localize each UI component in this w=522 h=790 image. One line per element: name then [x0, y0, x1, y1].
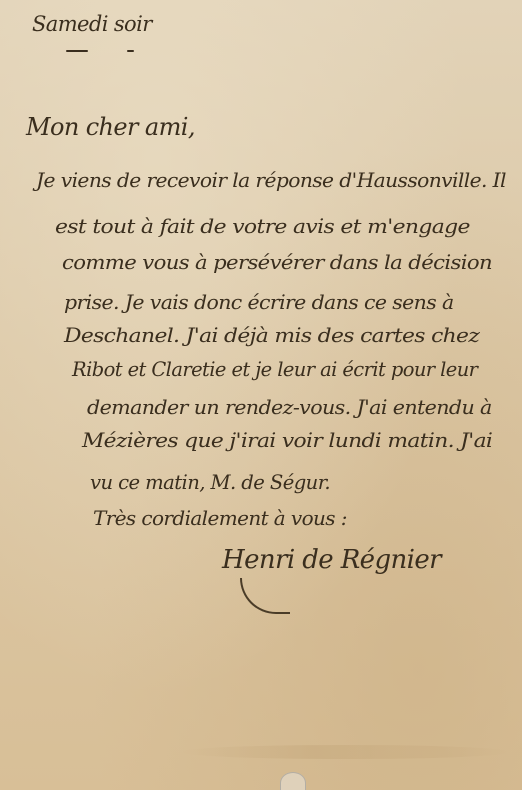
letter-signature: Henri de Régnier [222, 545, 441, 575]
date-underline [127, 50, 134, 52]
letter-closing: Très cordialement à vous : [93, 506, 347, 530]
body-line: demander un rendez-vous. J'ai entendu à [87, 395, 492, 419]
body-line: vu ce matin, M. de Ségur. [90, 470, 330, 494]
body-line: comme vous à persévérer dans la décision [62, 250, 492, 274]
body-line: Mézières que j'irai voir lundi matin. J'… [82, 428, 492, 452]
body-line: Je viens de recevoir la réponse d'Hausso… [36, 168, 506, 192]
date-underline [66, 50, 88, 52]
signature-flourish [240, 578, 290, 614]
letter-date: Samedi soir [32, 12, 152, 36]
letter-page: Samedi soir Mon cher ami, Je viens de re… [0, 0, 522, 790]
body-line: est tout à fait de votre avis et m'engag… [55, 214, 470, 238]
letter-salutation: Mon cher ami, [26, 113, 195, 141]
paper-stain [180, 745, 510, 759]
body-line: Ribot et Claretie et je leur ai écrit po… [72, 357, 477, 381]
body-line: prise. Je vais donc écrire dans ce sens … [64, 290, 454, 314]
body-line: Deschanel. J'ai déjà mis des cartes chez [64, 323, 479, 347]
paper-mark [280, 772, 306, 790]
